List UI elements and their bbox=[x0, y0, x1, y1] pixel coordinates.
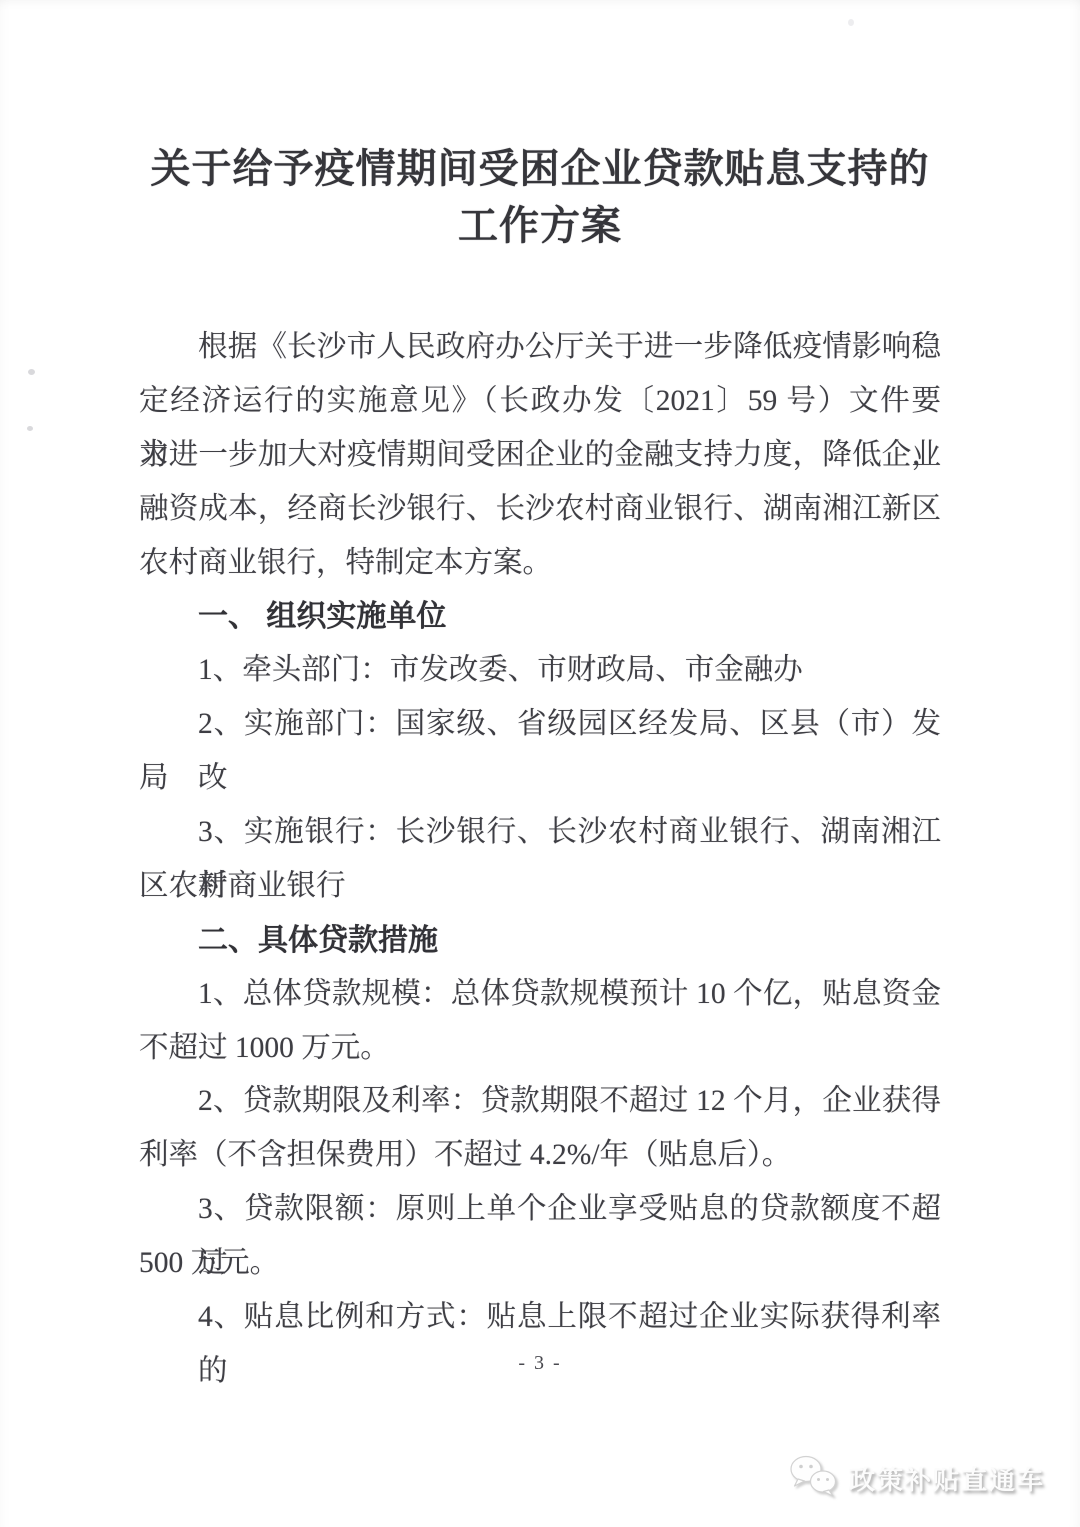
text-line: 局 bbox=[139, 752, 941, 806]
text-line: 3、实施银行：长沙银行、长沙农村商业银行、湖南湘江新 bbox=[139, 806, 941, 860]
document-title-line: 关于给予疫情期间受困企业贷款贴息支持的 bbox=[0, 140, 1080, 197]
scan-speck bbox=[848, 19, 854, 26]
text-line: 1、总体贷款规模：总体贷款规模预计 10 个亿，贴息资金 bbox=[139, 968, 941, 1022]
text-line: 根据《长沙市人民政府办公厅关于进一步降低疫情影响稳 bbox=[139, 321, 941, 375]
text-line: 3、贷款限额：原则上单个企业享受贴息的贷款额度不超过 bbox=[139, 1183, 941, 1237]
text-line: 区农村商业银行 bbox=[139, 860, 941, 914]
text-line: 不超过 1000 万元。 bbox=[139, 1022, 941, 1076]
text-line: 500 万元。 bbox=[139, 1237, 941, 1291]
watermark-text: 政策补贴直通车 bbox=[849, 1460, 1045, 1497]
text-line: 定经济运行的实施意见》（长政办发〔2021〕59 号）文件要求， bbox=[139, 375, 941, 429]
document-title-line: 工作方案 bbox=[0, 197, 1080, 254]
text-line: 利率（不含担保费用）不超过 4.2%/年（贴息后）。 bbox=[139, 1129, 941, 1183]
text-line: 2、实施部门：国家级、省级园区经发局、区县（市）发改 bbox=[139, 698, 941, 752]
wechat-chat-bubbles-icon bbox=[789, 1454, 839, 1503]
text-line: 融资成本，经商长沙银行、长沙农村商业银行、湖南湘江新区 bbox=[139, 483, 941, 537]
text-line: 农村商业银行，特制定本方案。 bbox=[139, 537, 941, 591]
document-title: 关于给予疫情期间受困企业贷款贴息支持的 工作方案 bbox=[0, 140, 1080, 254]
section-heading: 二、具体贷款措施 bbox=[139, 914, 941, 968]
section-heading: 一、 组织实施单位 bbox=[139, 590, 941, 644]
scan-speck bbox=[27, 426, 33, 431]
document-page: 关于给予疫情期间受困企业贷款贴息支持的 工作方案 根据《长沙市人民政府办公厅关于… bbox=[0, 0, 1080, 1527]
page-number: - 3 - bbox=[0, 1352, 1080, 1375]
document-body: 根据《长沙市人民政府办公厅关于进一步降低疫情影响稳 定经济运行的实施意见》（长政… bbox=[139, 321, 941, 1345]
text-line: 1、牵头部门：市发改委、市财政局、市金融办 bbox=[139, 644, 941, 698]
watermark: 政策补贴直通车 bbox=[789, 1454, 1045, 1503]
text-line: 4、贴息比例和方式：贴息上限不超过企业实际获得利率的 bbox=[139, 1291, 941, 1345]
text-line: 2、贷款期限及利率：贷款期限不超过 12 个月，企业获得 bbox=[139, 1075, 941, 1129]
text-line: 为进一步加大对疫情期间受困企业的金融支持力度，降低企业 bbox=[139, 429, 941, 483]
scan-speck bbox=[28, 369, 35, 375]
